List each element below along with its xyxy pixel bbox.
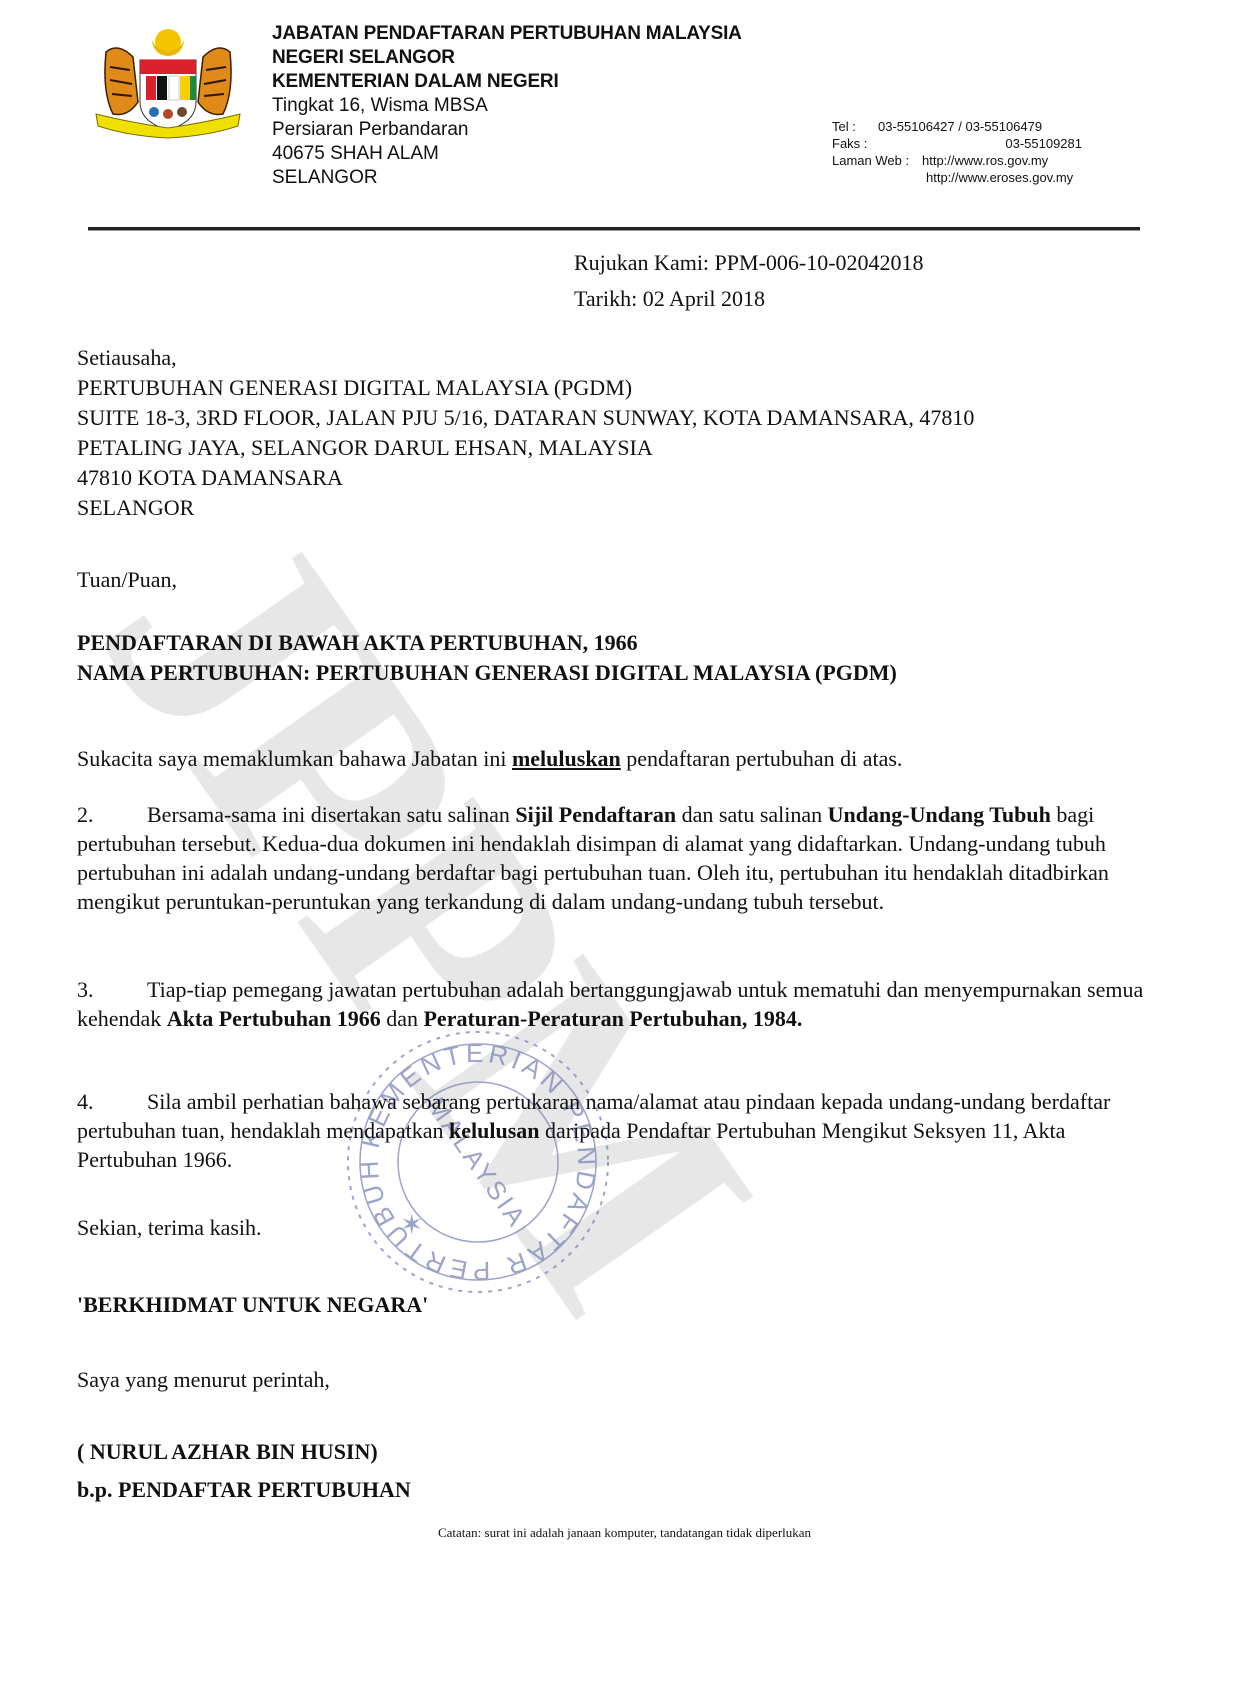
paragraph-4: 4.Sila ambil perhatian bahawa sebarang p… bbox=[77, 1087, 1147, 1174]
org-address-line: Tingkat 16, Wisma MBSA bbox=[272, 94, 742, 118]
p1-text: pendaftaran pertubuhan di atas. bbox=[621, 746, 903, 771]
org-name: JABATAN PENDAFTARAN PERTUBUHAN MALAYSIA bbox=[272, 22, 742, 46]
p2-text: dan satu salinan bbox=[676, 802, 828, 827]
p1-approved: meluluskan bbox=[512, 746, 621, 771]
footnote: Catatan: surat ini adalah janaan kompute… bbox=[0, 1525, 1249, 1541]
p3-bold: Peraturan-Peraturan Pertubuhan, 1984. bbox=[423, 1006, 802, 1031]
salutation: Tuan/Puan, bbox=[77, 565, 177, 595]
web-link-ros[interactable]: http://www.ros.gov.my bbox=[922, 152, 1048, 169]
organisation-header: JABATAN PENDAFTARAN PERTUBUHAN MALAYSIA … bbox=[272, 22, 742, 190]
org-state: NEGERI SELANGOR bbox=[272, 46, 742, 70]
coat-of-arms-logo bbox=[88, 22, 248, 140]
recipient-line: PERTUBUHAN GENERASI DIGITAL MALAYSIA (PG… bbox=[77, 373, 974, 403]
p2-number: 2. bbox=[77, 800, 147, 829]
subject-line-1: PENDAFTARAN DI BAWAH AKTA PERTUBUHAN, 19… bbox=[77, 628, 897, 658]
paragraph-3: 3.Tiap-tiap pemegang jawatan pertubuhan … bbox=[77, 975, 1147, 1033]
contact-info: Tel : 03-55106427 / 03-55106479 Faks : 0… bbox=[832, 118, 1102, 186]
p4-number: 4. bbox=[77, 1087, 147, 1116]
p3-bold: Akta Pertubuhan 1966 bbox=[167, 1006, 381, 1031]
tel-label: Tel : bbox=[832, 118, 856, 135]
fax-value: 03-55109281 bbox=[1005, 135, 1082, 152]
subject-block: PENDAFTARAN DI BAWAH AKTA PERTUBUHAN, 19… bbox=[77, 628, 897, 688]
p4-bold: kelulusan bbox=[449, 1118, 540, 1143]
p3-number: 3. bbox=[77, 975, 147, 1004]
org-address-line: SELANGOR bbox=[272, 166, 742, 190]
recipient-line: 47810 KOTA DAMANSARA bbox=[77, 463, 974, 493]
paragraph-1: Sukacita saya memaklumkan bahawa Jabatan… bbox=[77, 744, 1147, 773]
reference-number: Rujukan Kami: PPM-006-10-02042018 bbox=[574, 248, 924, 278]
tel-value: 03-55106427 / 03-55106479 bbox=[878, 118, 1042, 135]
signatory-name: ( NURUL AZHAR BIN HUSIN) bbox=[77, 1437, 378, 1467]
recipient-line: PETALING JAYA, SELANGOR DARUL EHSAN, MAL… bbox=[77, 433, 974, 463]
p1-text: Sukacita saya memaklumkan bahawa Jabatan… bbox=[77, 746, 512, 771]
recipient-line: SUITE 18-3, 3RD FLOOR, JALAN PJU 5/16, D… bbox=[77, 403, 974, 433]
reference-block: Rujukan Kami: PPM-006-10-02042018 Tarikh… bbox=[574, 248, 924, 314]
recipient-address: Setiausaha, PERTUBUHAN GENERASI DIGITAL … bbox=[77, 343, 974, 523]
web-label: Laman Web : bbox=[832, 152, 909, 169]
closing-thanks: Sekian, terima kasih. bbox=[77, 1213, 262, 1243]
p2-bold: Sijil Pendaftaran bbox=[515, 802, 676, 827]
org-address-line: Persiaran Perbandaran bbox=[272, 118, 742, 142]
recipient-line: SELANGOR bbox=[77, 493, 974, 523]
motto: 'BERKHIDMAT UNTUK NEGARA' bbox=[77, 1290, 428, 1320]
subject-line-2: NAMA PERTUBUHAN: PERTUBUHAN GENERASI DIG… bbox=[77, 658, 897, 688]
signatory-title: b.p. PENDAFTAR PERTUBUHAN bbox=[77, 1475, 411, 1505]
org-address-line: 40675 SHAH ALAM bbox=[272, 142, 742, 166]
letter-date: Tarikh: 02 April 2018 bbox=[574, 284, 924, 314]
fax-label: Faks : bbox=[832, 135, 867, 152]
stamp-star-icon: ✶ bbox=[400, 1210, 423, 1241]
web-link-eroses[interactable]: http://www.eroses.gov.my bbox=[926, 169, 1073, 186]
header-divider bbox=[88, 227, 1140, 230]
by-order: Saya yang menurut perintah, bbox=[77, 1365, 330, 1395]
p2-text: Bersama-sama ini disertakan satu salinan bbox=[147, 802, 515, 827]
p3-text: dan bbox=[381, 1006, 424, 1031]
recipient-line: Setiausaha, bbox=[77, 343, 974, 373]
paragraph-2: 2.Bersama-sama ini disertakan satu salin… bbox=[77, 800, 1147, 916]
org-ministry: KEMENTERIAN DALAM NEGERI bbox=[272, 70, 742, 94]
p2-bold: Undang-Undang Tubuh bbox=[828, 802, 1051, 827]
